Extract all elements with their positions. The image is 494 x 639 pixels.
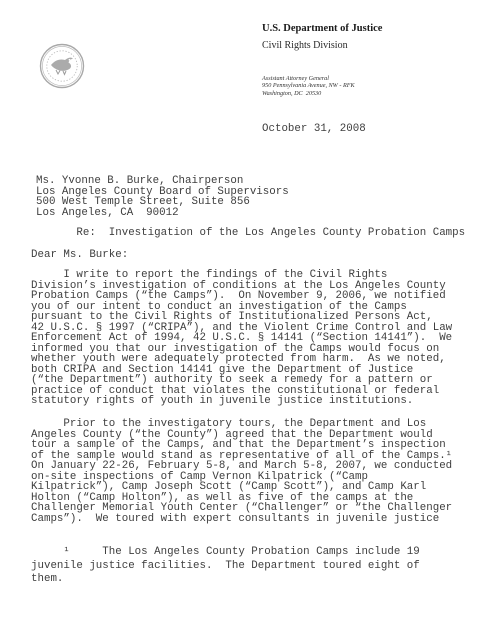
letter-page: U.S. Department of Justice Civil Rights …: [0, 0, 494, 639]
salutation: Dear Ms. Burke:: [31, 250, 128, 261]
letter-date: October 31, 2008: [262, 124, 366, 135]
re-subject-line: Re: Investigation of the Los Angeles Cou…: [31, 228, 465, 239]
agency-name: U.S. Department of Justice: [262, 23, 382, 34]
division-name: Civil Rights Division: [262, 40, 348, 51]
footnote-1: ¹ The Los Angeles County Probation Camps…: [31, 546, 420, 587]
doj-seal-icon: [39, 43, 85, 89]
office-address-block: Assistant Attorney General 950 Pennsylva…: [262, 75, 355, 97]
body-paragraph-1: I write to report the findings of the Ci…: [31, 270, 452, 407]
recipient-address-block: Ms. Yvonne B. Burke, Chairperson Los Ang…: [36, 176, 289, 218]
body-paragraph-2: Prior to the investigatory tours, the De…: [31, 419, 452, 524]
